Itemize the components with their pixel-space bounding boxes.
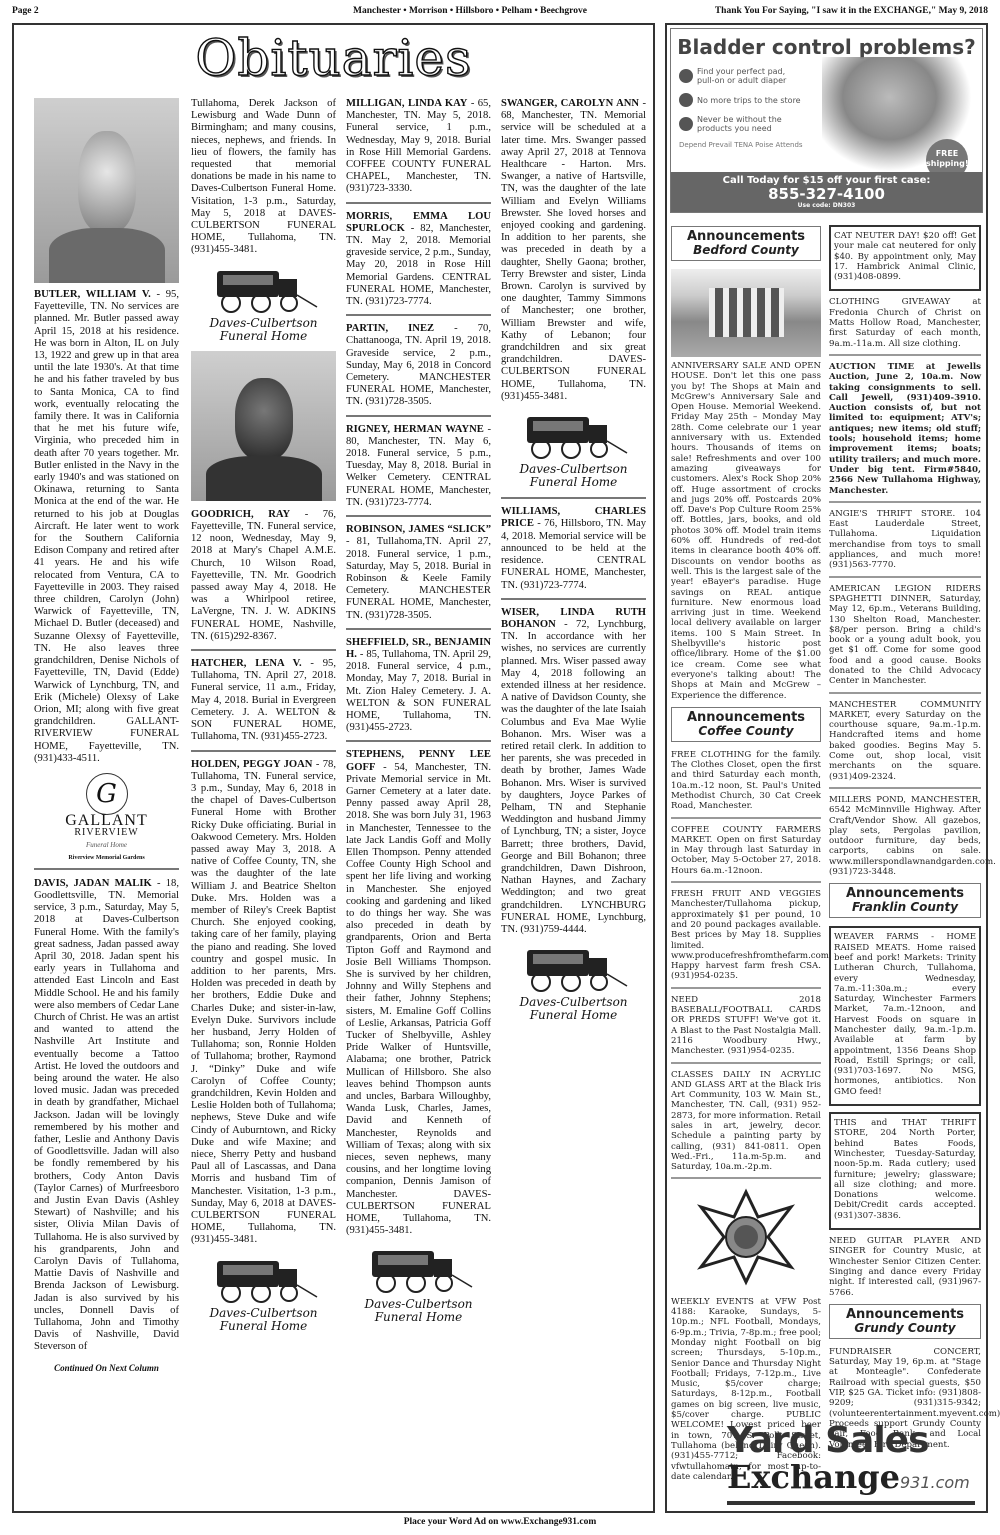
- announcement-item: FRESH FRUIT AND VEGGIES Manchester/Tulla…: [671, 889, 821, 982]
- announcement-item: AUCTION TIME at Jewells Auction, June 2,…: [829, 362, 981, 496]
- photo-butler: [34, 98, 179, 283]
- bladder-control-ad[interactable]: Bladder control problems? Find your perf…: [670, 28, 983, 213]
- ad-cta-bar: Call Today for $15 off your first case: …: [671, 172, 982, 212]
- obit-name: HOLDEN, PEGGY JOAN: [191, 759, 312, 770]
- obit-name: RIGNEY, HERMAN WAYNE: [346, 424, 484, 435]
- announcement-item: FREE CLOTHING for the family. The Clothe…: [671, 750, 821, 812]
- announcement-item: CLASSES DAILY IN ACRYLIC AND GLASS ART a…: [671, 1070, 821, 1173]
- daves-culbertson-logo: Daves-Culbertson Funeral Home: [191, 1255, 336, 1333]
- obit-name: SWANGER, CAROLYN ANN: [501, 98, 639, 109]
- obit-entry: DAVIS, JADAN MALIK - 18, Goodlettsville,…: [34, 878, 179, 1354]
- daves-culbertson-logo: Daves-Culbertson Funeral Home: [191, 265, 336, 343]
- daves-culbertson-logo: Daves-Culbertson Funeral Home: [501, 944, 646, 1022]
- shops-building-photo: [671, 269, 821, 357]
- obituaries-title: Obituaries: [14, 29, 653, 87]
- ad-headline: Bladder control problems?: [671, 35, 982, 59]
- obit-entry: SHEFFIELD, SR., BENJAMIN H. - 85, Tullah…: [346, 637, 491, 735]
- obit-entry: HOLDEN, PEGGY JOAN - 78, Tullahoma, TN. …: [191, 759, 336, 1247]
- franklin-county-header: Announcements Franklin County: [829, 883, 981, 918]
- page-header: Page 2 Manchester • Morrison • Hillsboro…: [0, 4, 1000, 20]
- obit-entry: RIGNEY, HERMAN WAYNE - 80, Manchester, T…: [346, 424, 491, 509]
- announcement-item-boxed: CAT NEUTER DAY! $20 off! Get your male c…: [829, 225, 981, 291]
- hearse-icon: [364, 1245, 474, 1293]
- vfw-emblem: [671, 1187, 821, 1290]
- obit-entry: SWANGER, CAROLYN ANN - 68, Manchester, T…: [501, 98, 646, 403]
- announcement-item: ANNIVERSARY SALE AND OPEN HOUSE. Don't l…: [671, 361, 821, 701]
- page-number: Page 2: [12, 6, 39, 16]
- hearse-icon: [209, 1255, 319, 1303]
- obit-column-2: Tullahoma, Derek Jackson of Lewisburg an…: [191, 98, 336, 1341]
- announcement-item: MANCHESTER COMMUNITY MARKET, every Satur…: [829, 700, 981, 782]
- bedford-county-header: Announcements Bedford County: [671, 226, 821, 261]
- announcement-item-boxed: WEAVER FARMS - HOME RAISED MEATS. Home r…: [829, 926, 981, 1106]
- hearse-icon: [209, 265, 319, 313]
- yard-sales-logo: Yard Sales Exchange931.com: [727, 1420, 975, 1505]
- obit-entry: WILLIAMS, CHARLES PRICE - 76, Hillsboro,…: [501, 506, 646, 591]
- daves-culbertson-logo: Daves-Culbertson Funeral Home: [501, 411, 646, 489]
- continued-note: Continued On Next Column: [34, 1362, 179, 1374]
- ad-phone: 855-327-4100: [671, 186, 982, 202]
- gallant-riverview-logo: G GALLANT RIVERVIEW Funeral Home Rivervi…: [34, 773, 179, 870]
- hearse-icon: [519, 944, 629, 992]
- obit-column-4: SWANGER, CAROLYN ANN - 68, Manchester, T…: [501, 98, 646, 1030]
- obit-name: HATCHER, LENA V.: [191, 658, 302, 669]
- obit-entry: MILLIGAN, LINDA KAY - 65, Manchester, TN…: [346, 98, 491, 196]
- vfw-cross-icon: [696, 1187, 796, 1287]
- announcement-item: AMERICAN LEGION RIDERS SPAGHETTI DINNER,…: [829, 584, 981, 687]
- obit-name: ROBINSON, JAMES “SLICK”: [346, 524, 491, 535]
- obit-entry: HATCHER, LENA V. - 95, Tullahoma, TN. Ap…: [191, 658, 336, 743]
- announcement-item: CLOTHING GIVEAWAY at Fredonia Church of …: [829, 297, 981, 348]
- obit-entry: STEPHENS, PENNY LEE GOFF - 54, Mancheste…: [346, 749, 491, 1237]
- announcement-item: NEED 2018 BASEBALL/FOOTBALL CARDS OR PRE…: [671, 995, 821, 1057]
- obit-entry: WISER, LINDA RUTH BOHANON - 72, Lynchbur…: [501, 607, 646, 936]
- obituaries-section: Obituaries BUTLER, WILLIAM V. - 95, Faye…: [12, 23, 655, 1513]
- grundy-county-header: Announcements Grundy County: [829, 1304, 981, 1339]
- umbrella-icon: [679, 117, 693, 131]
- obit-entry: GOODRICH, RAY - 76, Fayetteville, TN. Fu…: [191, 509, 336, 643]
- footer-word-ad-link[interactable]: Place your Word Ad on www.Exchange931.co…: [0, 1517, 1000, 1527]
- obit-name: MILLIGAN, LINDA KAY: [346, 98, 467, 109]
- obit-column-1: BUTLER, WILLIAM V. - 95, Fayetteville, T…: [34, 98, 179, 1374]
- obit-name: BUTLER, WILLIAM V.: [34, 289, 151, 300]
- obit-entry: ROBINSON, JAMES “SLICK” - 81, Tullahoma,…: [346, 524, 491, 622]
- announcement-item: ANGIE'S THRIFT STORE. 104 East Lauderdal…: [829, 509, 981, 571]
- tagline: Thank You For Saying, "I saw it in the E…: [715, 6, 988, 16]
- daves-culbertson-logo: Daves-Culbertson Funeral Home: [346, 1245, 491, 1323]
- store-icon: [679, 93, 693, 107]
- classifieds-section: Bladder control problems? Find your perf…: [665, 23, 988, 1513]
- obit-entry: PARTIN, INEZ - 70, Chattanooga, TN. Apri…: [346, 323, 491, 408]
- hearse-icon: [519, 411, 629, 459]
- announcement-item-boxed: THIS and THAT THRIFT STORE, 204 North Po…: [829, 1112, 981, 1230]
- obit-name: GOODRICH, RAY: [191, 509, 290, 520]
- obit-entry: MORRIS, EMMA LOU SPURLOCK - 82, Manchest…: [346, 211, 491, 309]
- classifieds-column-right: CAT NEUTER DAY! $20 off! Get your male c…: [829, 225, 981, 1453]
- announcement-item: COFFEE COUNTY FARMERS MARKET. Open on fi…: [671, 825, 821, 876]
- coffee-county-header: Announcements Coffee County: [671, 707, 821, 742]
- diaper-icon: [679, 69, 693, 83]
- obit-name: DAVIS, JADAN MALIK: [34, 878, 152, 889]
- announcement-item: MILLERS POND, MANCHESTER, 6542 McMinnvil…: [829, 795, 981, 877]
- announcement-item: NEED GUITAR PLAYER AND SINGER for Countr…: [829, 1236, 981, 1298]
- classifieds-column-left: Announcements Bedford County ANNIVERSARY…: [671, 220, 821, 1485]
- obit-entry: BUTLER, WILLIAM V. - 95, Fayetteville, T…: [34, 289, 179, 765]
- photo-goodrich: [191, 351, 336, 501]
- obit-entry-continued: Tullahoma, Derek Jackson of Lewisburg an…: [191, 98, 336, 257]
- obit-column-3: MILLIGAN, LINDA KAY - 65, Manchester, TN…: [346, 98, 491, 1332]
- obit-name: PARTIN, INEZ: [346, 323, 434, 334]
- towns-line: Manchester • Morrison • Hillsboro • Pelh…: [290, 6, 650, 16]
